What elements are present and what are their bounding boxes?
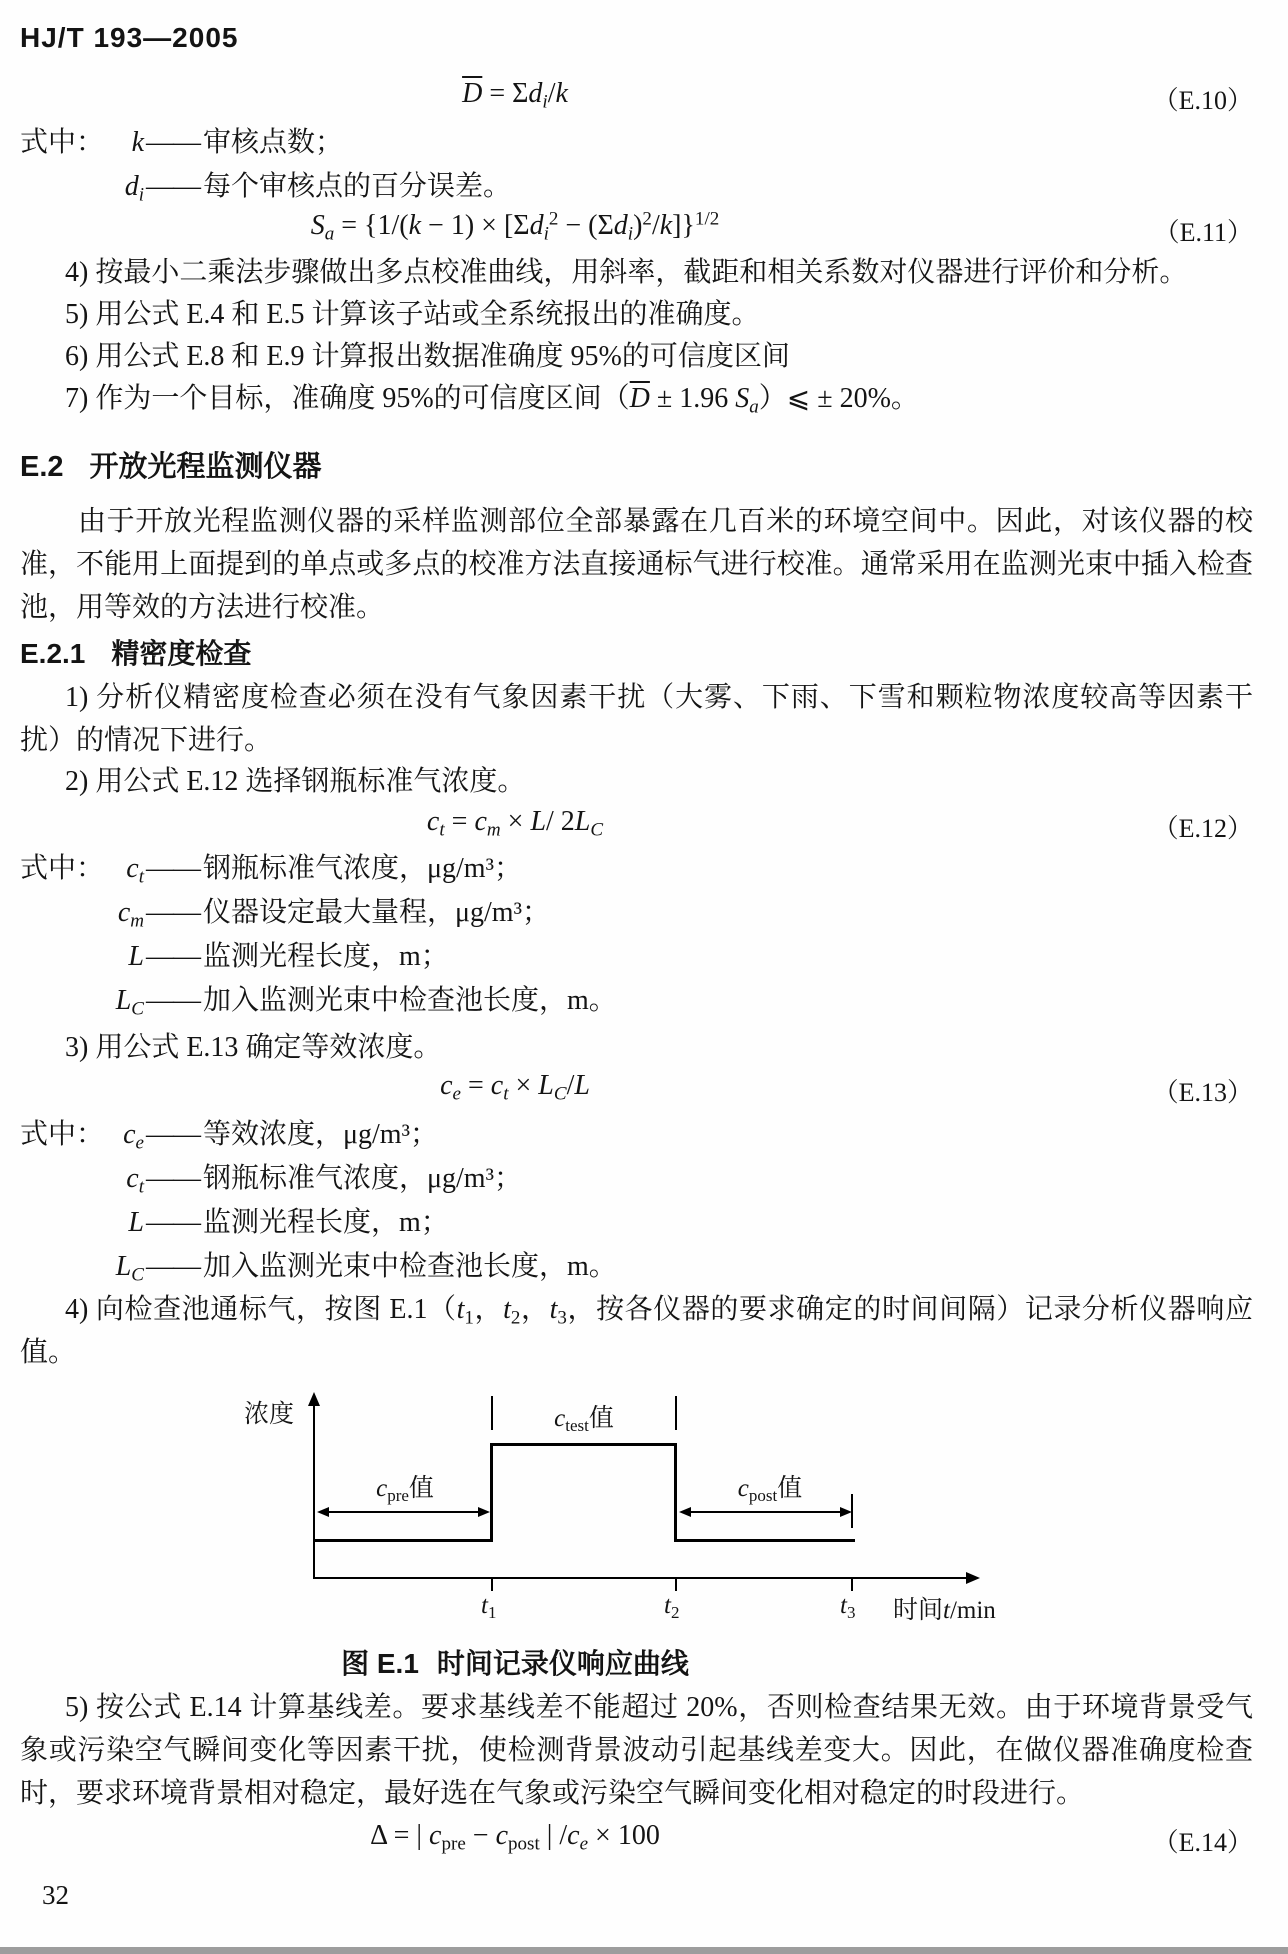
figure-caption: 图 E.1时间记录仪响应曲线 <box>0 1642 1030 1682</box>
definition-text: 监测光程长度，m； <box>203 1207 449 1238</box>
formula-e12-number: （E.12） <box>1153 808 1253 845</box>
symbol: k <box>98 127 144 159</box>
formula-e11-body: Sa = {1/(k − 1) × [Σdi2 − (Σdi)2/k]}1/2 <box>20 210 1010 242</box>
formula-e13-body: ce = ct × LC/L <box>20 1070 1010 1102</box>
t2-label: t2 <box>664 1592 679 1620</box>
curve-baseline-post <box>674 1539 855 1542</box>
symbol: L <box>98 1207 144 1239</box>
list-item-1: 1) 分析仪精密度检查必须在没有气象因素干扰（大雾、下雨、下雪和颗粒物浓度较高等… <box>20 676 1253 762</box>
definition-text: 仪器设定最大量程，μg/m³； <box>203 897 550 928</box>
y-axis-line <box>313 1404 315 1579</box>
where-label: 式中： <box>20 846 98 886</box>
symbol: L <box>98 941 144 973</box>
formula-e10-body: D = Σdi/k <box>20 78 1010 110</box>
section-title: 精密度检查 <box>111 638 251 669</box>
page-bottom-edge <box>0 1947 1288 1954</box>
section-number: E.2 <box>20 451 64 483</box>
section-heading-e2: E.2开放光程监测仪器 <box>20 444 322 485</box>
formula-e14-number: （E.14） <box>1153 1822 1253 1859</box>
figure-caption-label: 图 E.1 <box>341 1648 419 1679</box>
formula-e10: D = Σdi/k （E.10） <box>20 78 1253 120</box>
dash: —— <box>144 1207 203 1239</box>
curve-top <box>490 1443 677 1446</box>
definitions-e10: 式中：k——审核点数； di——每个审核点的百分误差。 <box>20 120 1253 208</box>
c-pre-label: cpre值 <box>330 1468 480 1504</box>
definition-text: 监测光程长度，m； <box>203 941 449 972</box>
formula-e13: ce = ct × LC/L （E.13） <box>20 1070 1253 1112</box>
definition-text: 加入监测光束中检查池长度，m。 <box>203 985 617 1016</box>
symbol: di <box>98 171 144 203</box>
figure-caption-text: 时间记录仪响应曲线 <box>437 1648 689 1679</box>
where-label: 式中： <box>20 1112 98 1152</box>
section-e2-intro: 由于开放光程监测仪器的采样监测部位全部暴露在几百米的环境空间中。因此，对该仪器的… <box>20 500 1253 629</box>
symbol: LC <box>98 1251 144 1283</box>
definition-text: 等效浓度，μg/m³； <box>203 1119 438 1150</box>
curve-baseline-pre <box>314 1539 492 1542</box>
c-post-arrow-line <box>690 1511 840 1513</box>
list-item-4: 4) 按最小二乘法步骤做出多点校准曲线，用斜率，截距和相关系数对仪器进行评价和分… <box>20 251 1253 294</box>
c-post-end-bar <box>851 1494 853 1528</box>
dim-tick-t2 <box>675 1396 677 1430</box>
x-axis-arrow-icon <box>966 1572 980 1584</box>
formula-e13-number: （E.13） <box>1153 1072 1253 1109</box>
list-item-6: 6) 用公式 E.8 和 E.9 计算报出数据准确度 95%的可信度区间 <box>20 335 1253 378</box>
dash: —— <box>144 1119 203 1151</box>
list-item-3: 3) 用公式 E.13 确定等效浓度。 <box>20 1026 1253 1069</box>
formula-e11-number: （E.11） <box>1154 212 1253 249</box>
symbol: ct <box>98 853 144 885</box>
section-number: E.2.1 <box>20 638 85 669</box>
c-test-label: ctest值 <box>493 1398 675 1434</box>
dash: —— <box>144 853 203 885</box>
definition-row: ct——钢瓶标准气浓度，μg/m³； <box>20 1156 1253 1200</box>
formula-e12: ct = cm × L/ 2LC （E.12） <box>20 806 1253 848</box>
formula-e14-body: Δ = | cpre − cpost | /ce × 100 <box>20 1820 1010 1852</box>
formula-e12-body: ct = cm × L/ 2LC <box>20 806 1010 838</box>
definition-row: 式中：ce——等效浓度，μg/m³； <box>20 1112 1253 1156</box>
y-axis-label: 浓度 <box>244 1394 294 1430</box>
formula-e10-number: （E.10） <box>1153 80 1253 117</box>
list-item-5: 5) 用公式 E.4 和 E.5 计算该子站或全系统报出的准确度。 <box>20 293 1253 336</box>
definition-row: LC——加入监测光束中检查池长度，m。 <box>20 978 1253 1022</box>
x-tick-t3 <box>851 1579 853 1591</box>
section-heading-e21: E.2.1精密度检查 <box>20 632 251 672</box>
definition-row: 式中：k——审核点数； <box>20 120 1253 164</box>
symbol: cm <box>98 897 144 929</box>
figure-e1: 浓度 时间t/min ctest值 cpre值 cpost值 t1 t2 t3 <box>0 1392 1288 1637</box>
t3-label: t3 <box>840 1592 855 1620</box>
list-item-4b: 4) 向检查池通标气，按图 E.1（t1，t2，t3，按各仪器的要求确定的时间间… <box>20 1288 1253 1374</box>
x-tick-t1 <box>491 1579 493 1591</box>
x-axis-label: 时间t/min <box>893 1590 996 1626</box>
definition-row: di——每个审核点的百分误差。 <box>20 164 1253 208</box>
dash: —— <box>144 985 203 1017</box>
definition-row: cm——仪器设定最大量程，μg/m³； <box>20 890 1253 934</box>
section-title: 开放光程监测仪器 <box>90 451 322 483</box>
document-page: HJ/T 193—2005 D = Σdi/k （E.10） 式中：k——审核点… <box>0 0 1288 1954</box>
list-item-2: 2) 用公式 E.12 选择钢瓶标准气浓度。 <box>20 760 1253 803</box>
curve-step-up <box>490 1443 493 1542</box>
c-pre-arrow-right-icon <box>478 1507 490 1517</box>
c-post-label: cpost值 <box>690 1468 850 1504</box>
page-number: 32 <box>42 1880 69 1911</box>
definition-text: 钢瓶标准气浓度，μg/m³； <box>203 1163 522 1194</box>
dash: —— <box>144 1163 203 1195</box>
standard-number: HJ/T 193—2005 <box>20 22 238 54</box>
definition-text: 每个审核点的百分误差。 <box>203 171 511 202</box>
t1-label: t1 <box>481 1592 496 1620</box>
dash: —— <box>144 897 203 929</box>
dash: —— <box>144 171 203 203</box>
formula-e14: Δ = | cpre − cpost | /ce × 100 （E.14） <box>20 1820 1253 1862</box>
where-label: 式中： <box>20 120 98 160</box>
formula-e11: Sa = {1/(k − 1) × [Σdi2 − (Σdi)2/k]}1/2 … <box>20 210 1253 252</box>
c-pre-arrow-line <box>328 1511 478 1513</box>
definition-row: L——监测光程长度，m； <box>20 1200 1253 1244</box>
definition-text: 审核点数； <box>203 127 343 158</box>
definition-row: 式中：ct——钢瓶标准气浓度，μg/m³； <box>20 846 1253 890</box>
symbol: LC <box>98 985 144 1017</box>
dash: —— <box>144 941 203 973</box>
definitions-e12: 式中：ct——钢瓶标准气浓度，μg/m³； cm——仪器设定最大量程，μg/m³… <box>20 846 1253 1022</box>
symbol: ce <box>98 1119 144 1151</box>
symbol: ct <box>98 1163 144 1195</box>
definitions-e13: 式中：ce——等效浓度，μg/m³； ct——钢瓶标准气浓度，μg/m³； L—… <box>20 1112 1253 1288</box>
definition-text: 钢瓶标准气浓度，μg/m³； <box>203 853 522 884</box>
definition-row: LC——加入监测光束中检查池长度，m。 <box>20 1244 1253 1288</box>
curve-step-down <box>674 1443 677 1542</box>
x-axis-line <box>313 1577 968 1579</box>
list-item-5b: 5) 按公式 E.14 计算基线差。要求基线差不能超过 20%，否则检查结果无效… <box>20 1686 1253 1815</box>
dash: —— <box>144 1251 203 1283</box>
x-tick-t2 <box>675 1579 677 1591</box>
definition-row: L——监测光程长度，m； <box>20 934 1253 978</box>
dash: —— <box>144 127 203 159</box>
definition-text: 加入监测光束中检查池长度，m。 <box>203 1251 617 1282</box>
list-item-7: 7) 作为一个目标，准确度 95%的可信度区间（D ± 1.96 Sa）⩽ ± … <box>20 377 1253 420</box>
